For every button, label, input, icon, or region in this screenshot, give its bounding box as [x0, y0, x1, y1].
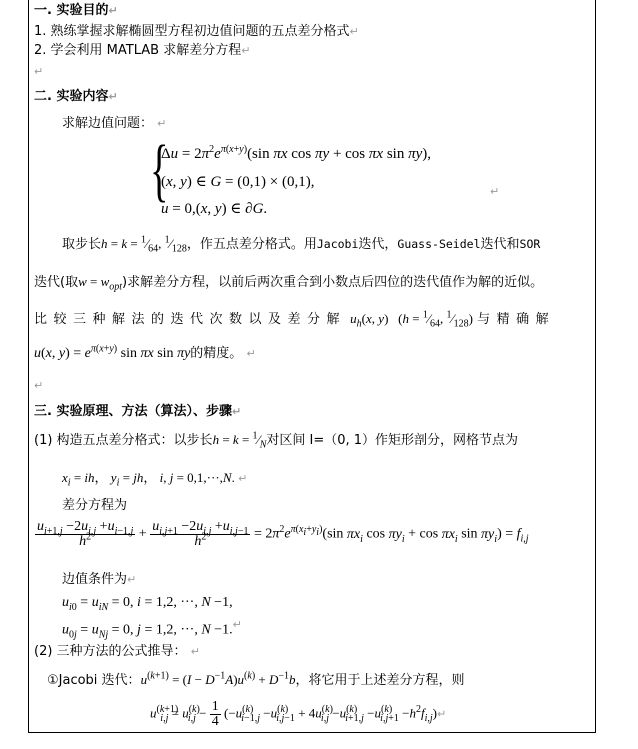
objective-item-2: 2. 学会利用 MATLAB 求解差分方程↵ [34, 44, 250, 57]
paragraph-mark: ↵ [437, 707, 446, 720]
text: 边值条件为 [62, 572, 127, 587]
paragraph-mark: ↵ [157, 117, 166, 130]
jacobi-formula: u(k+1) = (I − D−1A)u(k) + D−1b [141, 672, 296, 687]
paragraph-mark: ↵ [490, 186, 499, 197]
text: ，将它用于上述差分方程，则 [296, 673, 465, 688]
w-opt-math: w = wopt [78, 274, 122, 289]
sor-term: SOR [520, 237, 541, 251]
objective-text: 1. 熟练掌握求解椭圆型方程初边值问题的五点差分格式 [34, 24, 350, 39]
text: 迭代和 [481, 237, 520, 252]
boundary-condition-1: ui0 = uiN = 0, i = 1,2, ···, N −1, [62, 596, 233, 610]
paragraph-mark: ↵ [108, 4, 117, 17]
difference-equation: ui+1,j −2ui,j +ui−1,jh2 + ui,j+1 −2ui,j … [35, 520, 529, 549]
heading-text: 二. 实验内容 [34, 89, 108, 104]
paragraph-mark: ↵ [233, 618, 242, 631]
jacobi-term: Jacobi [317, 237, 359, 251]
heading-text: 一. 实验目的 [34, 3, 108, 18]
h-equals-1-over-n: h = k = 1⁄N [213, 432, 267, 447]
heading-text: 三. 实验原理、方法（算法）、步骤 [34, 404, 232, 419]
step-size-paragraph: 取步长h = k = 1⁄64, 1⁄128，作五点差分格式。用Jacobi迭代… [62, 237, 540, 251]
section1-heading: 一. 实验目的↵ [34, 4, 118, 17]
boundary-condition-2: u0j = uNj = 0, j = 1,2, ···, N −1.↵ [62, 619, 242, 638]
sor-paragraph: 迭代(取w = wopt)求解差分方程，以前后两次重合到小数点后四位的迭代值作为… [34, 275, 543, 289]
step1-paragraph: (1) 构造五点差分格式：以步长h = k = 1⁄N对区间 I=（0, 1）作… [34, 433, 518, 447]
text: 迭代(取 [34, 275, 78, 290]
text: (1) 构造五点差分格式：以步长 [34, 433, 213, 448]
intro-text: 求解边值问题： [62, 116, 153, 131]
text: 对区间 I=（0, 1）作矩形剖分，网格节点为 [266, 433, 518, 448]
system-eq-3: u = 0,(x, y) ∈ ∂G. [161, 202, 267, 217]
text: (2) 三种方法的公式推导： [34, 644, 187, 659]
exact-solution-math: u(x, y) = eπ(x+y) sin πx sin πy [34, 346, 190, 361]
exact-solution-paragraph: u(x, y) = eπ(x+y) sin πx sin πy的精度。 ↵ [34, 347, 256, 361]
paragraph-mark: ↵ [246, 347, 255, 360]
text: ①Jacobi 迭代： [47, 673, 141, 688]
paragraph-mark: ↵ [238, 472, 247, 485]
step-size-math: h = k = 1⁄64, 1⁄128 [101, 236, 187, 251]
diff-eq-label: 差分方程为 [62, 499, 127, 512]
objective-text: 2. 学会利用 MATLAB 求解差分方程 [34, 43, 241, 58]
grid-nodes: xi = ih， yi = jh， i, j = 0,1,···,N. ↵ [62, 471, 247, 484]
section2-heading: 二. 实验内容↵ [34, 90, 118, 103]
text: 与精确解 [477, 312, 555, 327]
text: ，作五点差分格式。用 [187, 237, 317, 252]
paragraph-mark: ↵ [232, 405, 241, 418]
step2-paragraph: (2) 三种方法的公式推导： ↵ [34, 645, 200, 658]
text: )求解差分方程，以前后两次重合到小数点后四位的迭代值作为解的近似。 [122, 275, 543, 290]
text: 迭代， [358, 237, 397, 252]
bc-label: 边值条件为↵ [62, 573, 136, 586]
empty-paragraph: ↵ [34, 380, 43, 391]
jacobi-update-formula: u(k+1)i,j = u(k)i,j − 14 (−u(k)i−1,j −u(… [150, 700, 446, 729]
paragraph-mark: ↵ [108, 90, 117, 103]
gauss-seidel-term: Guass-Seidel [397, 237, 480, 251]
system-eq-1: Δu = 2π2eπ(x+y)(sin πx cos πy + cos πx s… [161, 147, 431, 162]
text: 取步长 [62, 237, 101, 252]
paragraph-mark: ↵ [191, 645, 200, 658]
jacobi-paragraph: ①Jacobi 迭代：u(k+1) = (I − D−1A)u(k) + D−1… [47, 673, 465, 687]
uh-math: uh(x, y) (h = 1⁄64, 1⁄128) [350, 311, 473, 326]
objective-item-1: 1. 熟练掌握求解椭圆型方程初边值问题的五点差分格式↵ [34, 25, 359, 38]
compare-paragraph: 比较三种解法的迭代次数以及差分解 uh(x, y) (h = 1⁄64, 1⁄1… [34, 312, 555, 326]
problem-intro: 求解边值问题： ↵ [62, 117, 166, 130]
paragraph-mark: ↵ [127, 573, 136, 586]
section3-heading: 三. 实验原理、方法（算法）、步骤↵ [34, 405, 241, 418]
system-eq-2: (x, y) ∈ G = (0,1) × (0,1), [161, 175, 314, 190]
text: 的精度。 [190, 346, 242, 361]
text: 比较三种解法的迭代次数以及差分解 [34, 312, 346, 327]
paragraph-mark: ↵ [350, 25, 359, 38]
paragraph-mark: ↵ [241, 44, 250, 57]
empty-paragraph: ↵ [34, 66, 43, 77]
